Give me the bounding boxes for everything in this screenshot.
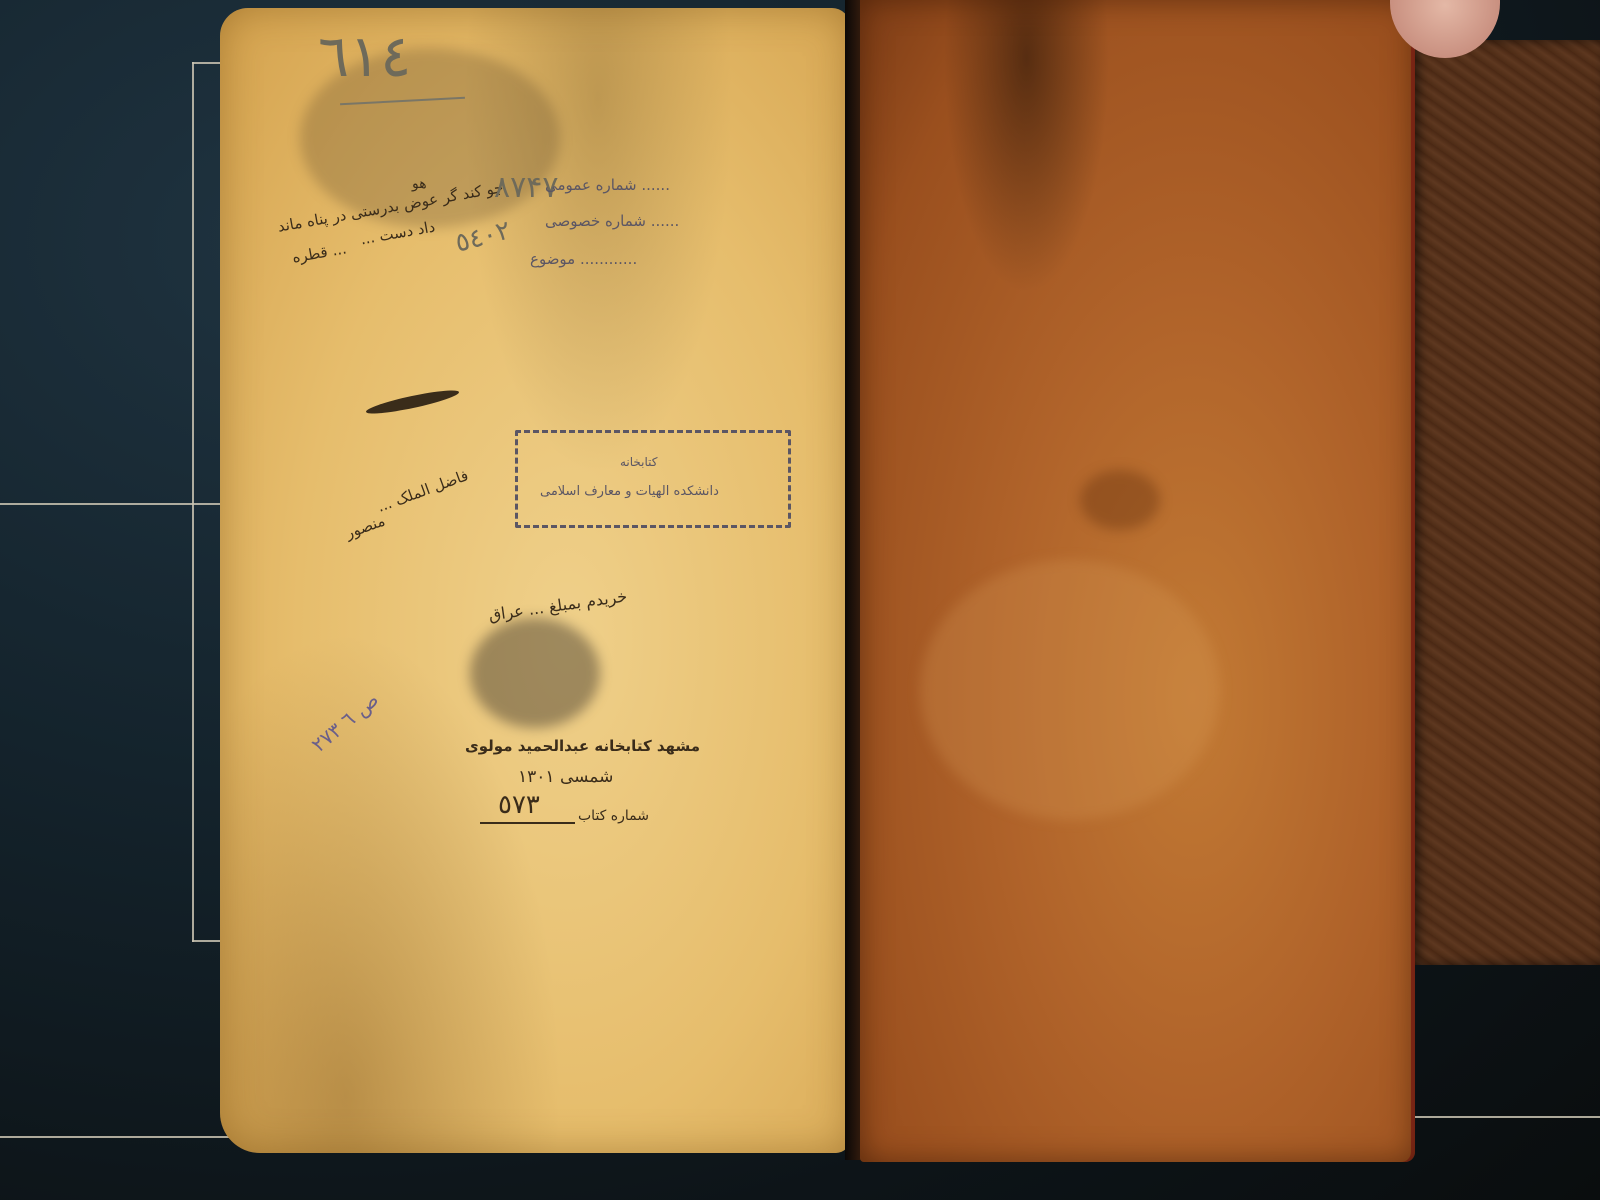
mat-border-line-bottom [192,940,222,942]
special-number-label: شماره خصوصی ...... [545,212,679,230]
owner-stamp-line-1: مشهد کتابخانه عبدالحمید مولوی [465,737,700,755]
subject-label: موضوع ............ [530,250,637,268]
book-number-underline [480,822,575,824]
book-number-label: شماره کتاب [578,808,649,824]
cover-light-patch [920,560,1220,820]
general-number-label: شماره عمومی ...... [545,176,670,194]
library-stamp-line-1: کتابخانه [620,455,658,469]
back-cover [1412,40,1600,965]
mat-border-line-top [192,62,220,64]
pencil-number-top: ٦١٤ [318,22,411,90]
mat-horizontal-line [0,503,222,505]
inscription-line-1: هو [412,176,427,192]
library-stamp-box [515,430,791,528]
mat-border-line-left [192,62,194,942]
leather-cover [860,0,1415,1162]
owner-stamp-line-2: ۱۳۰۱ شمسی [518,767,613,787]
smudge-center [470,618,600,728]
mat-bottom-right-line [1410,1116,1600,1118]
cover-stain [1080,470,1160,530]
library-stamp-line-2: دانشکده الهیات و معارف اسلامی [540,484,719,499]
book-number-value: ٥٧٣ [498,790,540,820]
mat-bottom-line [0,1136,256,1138]
